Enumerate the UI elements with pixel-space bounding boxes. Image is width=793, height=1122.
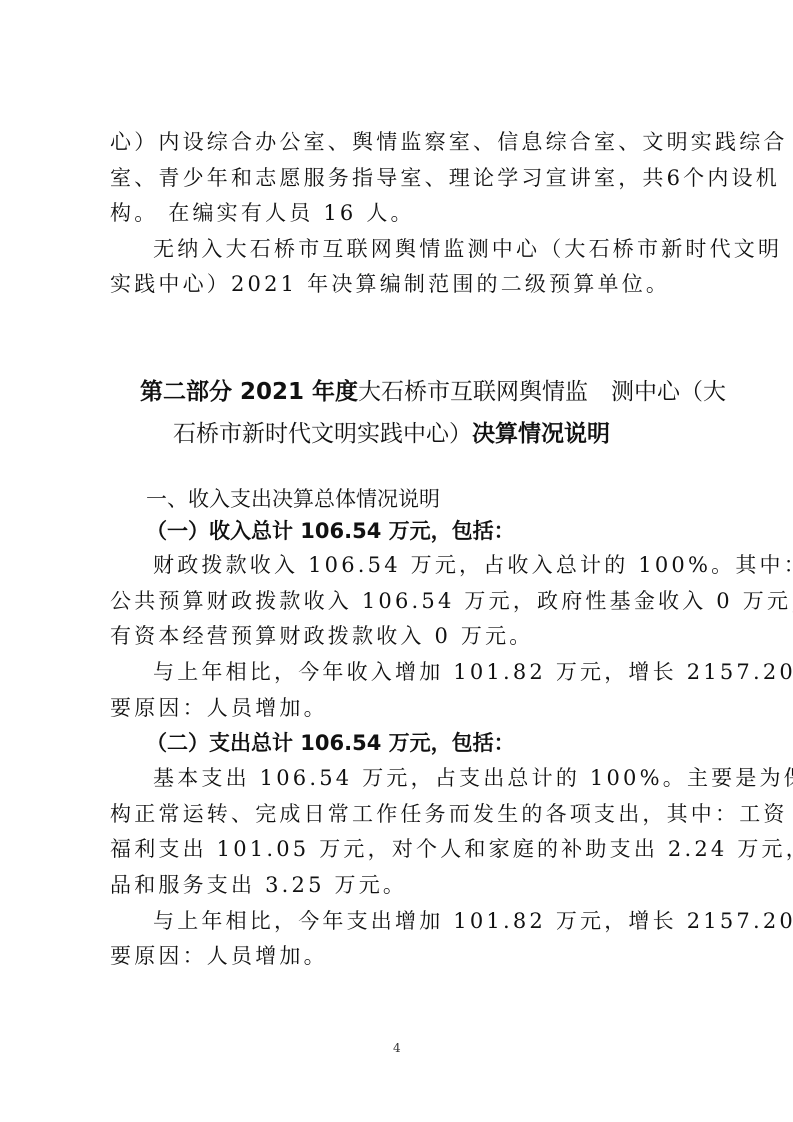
intro-line-1: 心）内设综合办公室、舆情监察室、信息综合室、文明实践综合	[110, 130, 690, 154]
expense-heading: （二）支出总计 106.54 万元，包括：	[146, 731, 515, 755]
income-heading: （一）收入总计 106.54 万元，包括：	[146, 519, 515, 543]
income-para2-line-2: 要原因：人员增加。	[110, 696, 690, 720]
income-para1-line-1: 财政拨款收入 106.54 万元，占收入总计的 100%。其中：一般	[153, 553, 733, 577]
section-heading: 一、收入支出决算总体情况说明	[146, 487, 440, 511]
part-title-bold-2: 决算情况说明	[472, 421, 610, 447]
expense-para1-line-3: 福利支出 101.05 万元，对个人和家庭的补助支出 2.24 万元，商	[110, 837, 690, 861]
expense-para2-line-1: 与上年相比，今年支出增加 101.82 万元，增长 2157.20%，主	[153, 909, 733, 933]
part-title-line-2: 石桥市新时代文明实践中心）决算情况说明	[173, 420, 610, 448]
intro-line-3: 构。 在编实有人员 16 人。	[110, 201, 690, 225]
document-page: 心）内设综合办公室、舆情监察室、信息综合室、文明实践综合 室、青少年和志愿服务指…	[0, 0, 793, 1122]
expense-para2-line-2: 要原因：人员增加。	[110, 944, 690, 968]
intro-line-2: 室、青少年和志愿服务指导室、理论学习宣讲室，共6个内设机	[110, 166, 690, 190]
income-para1-line-3: 有资本经营预算财政拨款收入 0 万元。	[110, 624, 690, 648]
expense-para1-line-4: 品和服务支出 3.25 万元。	[110, 873, 690, 897]
page-number: 4	[393, 1041, 401, 1055]
part-title-line-1: 第二部分 2021 年度大石桥市互联网舆情监 测中心（大	[140, 378, 726, 406]
scope-line-2: 实践中心）2021 年决算编制范围的二级预算单位。	[110, 272, 690, 296]
income-para1-line-2: 公共预算财政拨款收入 106.54 万元，政府性基金收入 0 万元，国	[110, 589, 690, 613]
expense-para1-line-2: 构正常运转、完成日常工作任务而发生的各项支出，其中：工资	[110, 802, 690, 826]
part-title-regular-2: 石桥市新时代文明实践中心）	[173, 421, 472, 447]
expense-para1-line-1: 基本支出 106.54 万元，占支出总计的 100%。主要是为保障机	[153, 766, 733, 790]
income-para2-line-1: 与上年相比，今年收入增加 101.82 万元，增长 2157.20%，主	[153, 660, 733, 684]
scope-line-1: 无纳入大石桥市互联网舆情监测中心（大石桥市新时代文明	[153, 237, 733, 261]
part-title-regular-1: 大石桥市互联网舆情监 测中心（大	[358, 379, 726, 405]
part-title-bold-1: 第二部分 2021 年度	[140, 379, 358, 405]
